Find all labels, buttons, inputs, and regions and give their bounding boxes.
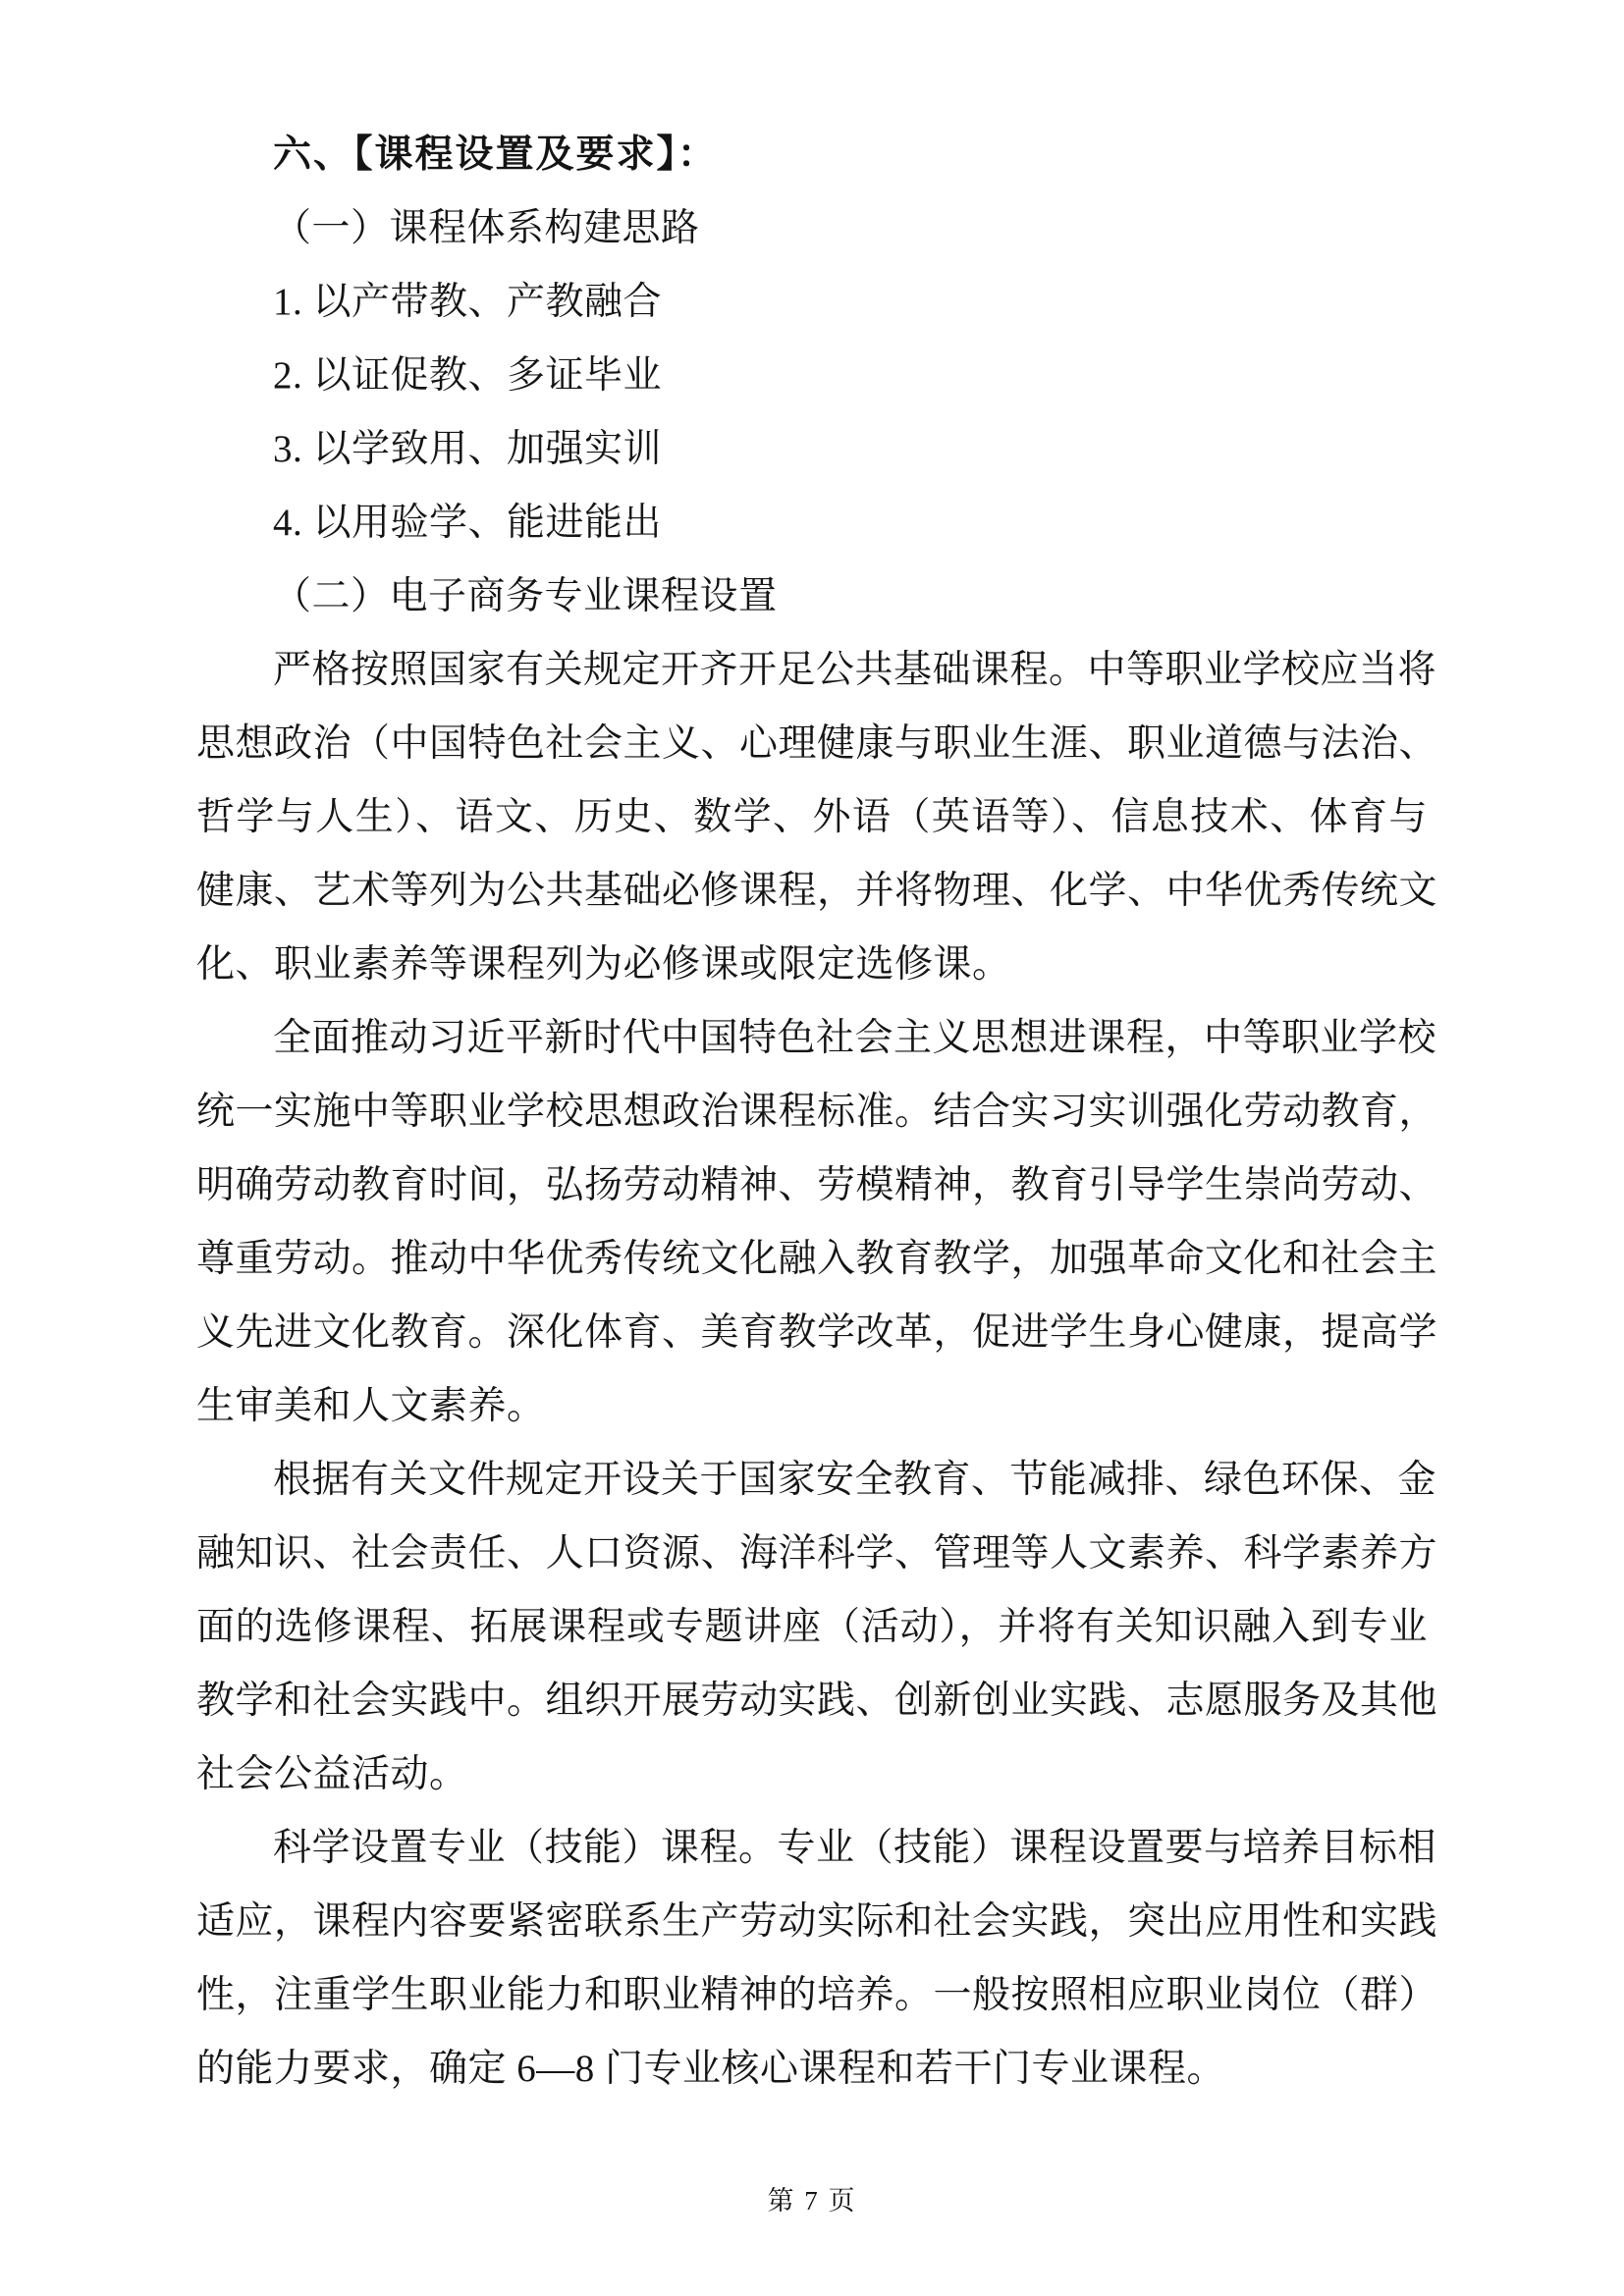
- paragraph-line: 哲学与人生）、语文、历史、数学、外语（英语等）、信息技术、体育与: [196, 780, 1428, 854]
- paragraph-line: 化、职业素养等课程列为必修课或限定选修课。: [196, 928, 1428, 1001]
- list-item: 1. 以产带教、产教融合: [196, 265, 1428, 339]
- subsection-heading: （二）电子商务专业课程设置: [196, 560, 1428, 633]
- paragraph-line: 面的选修课程、拓展课程或专题讲座（活动），并将有关知识融入到专业: [196, 1590, 1428, 1664]
- paragraph-line: 义先进文化教育。深化体育、美育教学改革，促进学生身心健康，提高学: [196, 1296, 1428, 1369]
- paragraph-line: 思想政治（中国特色社会主义、心理健康与职业生涯、职业道德与法治、: [196, 707, 1428, 780]
- paragraph-line: 统一实施中等职业学校思想政治课程标准。结合实习实训强化劳动教育，: [196, 1075, 1428, 1148]
- paragraph-line: 健康、艺术等列为公共基础必修课程，并将物理、化学、中华优秀传统文: [196, 854, 1428, 928]
- subsection-heading: （一）课程体系构建思路: [196, 191, 1428, 265]
- paragraph-line: 明确劳动教育时间，弘扬劳动精神、劳模精神，教育引导学生崇尚劳动、: [196, 1148, 1428, 1222]
- paragraph-line: 根据有关文件规定开设关于国家安全教育、节能减排、绿色环保、金: [196, 1443, 1428, 1517]
- section-heading: 六、【课程设置及要求】：: [196, 118, 1428, 191]
- paragraph-line: 的能力要求，确定 6—8 门专业核心课程和若干门专业课程。: [196, 2032, 1428, 2106]
- document-page: 六、【课程设置及要求】： （一）课程体系构建思路 1. 以产带教、产教融合 2.…: [0, 0, 1624, 2296]
- list-item: 2. 以证促教、多证毕业: [196, 339, 1428, 412]
- paragraph-line: 严格按照国家有关规定开齐开足公共基础课程。中等职业学校应当将: [196, 633, 1428, 707]
- page-number: 第 7 页: [0, 2181, 1624, 2220]
- paragraph-line: 融知识、社会责任、人口资源、海洋科学、管理等人文素养、科学素养方: [196, 1517, 1428, 1590]
- paragraph-line: 尊重劳动。推动中华优秀传统文化融入教育教学，加强革命文化和社会主: [196, 1222, 1428, 1296]
- paragraph-line: 生审美和人文素养。: [196, 1369, 1428, 1443]
- paragraph-line: 适应，课程内容要紧密联系生产劳动实际和社会实践，突出应用性和实践: [196, 1885, 1428, 1958]
- document-body: 六、【课程设置及要求】： （一）课程体系构建思路 1. 以产带教、产教融合 2.…: [196, 118, 1428, 2106]
- paragraph-line: 教学和社会实践中。组织开展劳动实践、创新创业实践、志愿服务及其他: [196, 1664, 1428, 1737]
- list-item: 3. 以学致用、加强实训: [196, 412, 1428, 486]
- list-item: 4. 以用验学、能进能出: [196, 486, 1428, 560]
- paragraph-line: 性，注重学生职业能力和职业精神的培养。一般按照相应职业岗位（群）: [196, 1958, 1428, 2032]
- paragraph-line: 社会公益活动。: [196, 1737, 1428, 1811]
- paragraph-line: 全面推动习近平新时代中国特色社会主义思想进课程，中等职业学校: [196, 1001, 1428, 1075]
- paragraph-line: 科学设置专业（技能）课程。专业（技能）课程设置要与培养目标相: [196, 1811, 1428, 1885]
